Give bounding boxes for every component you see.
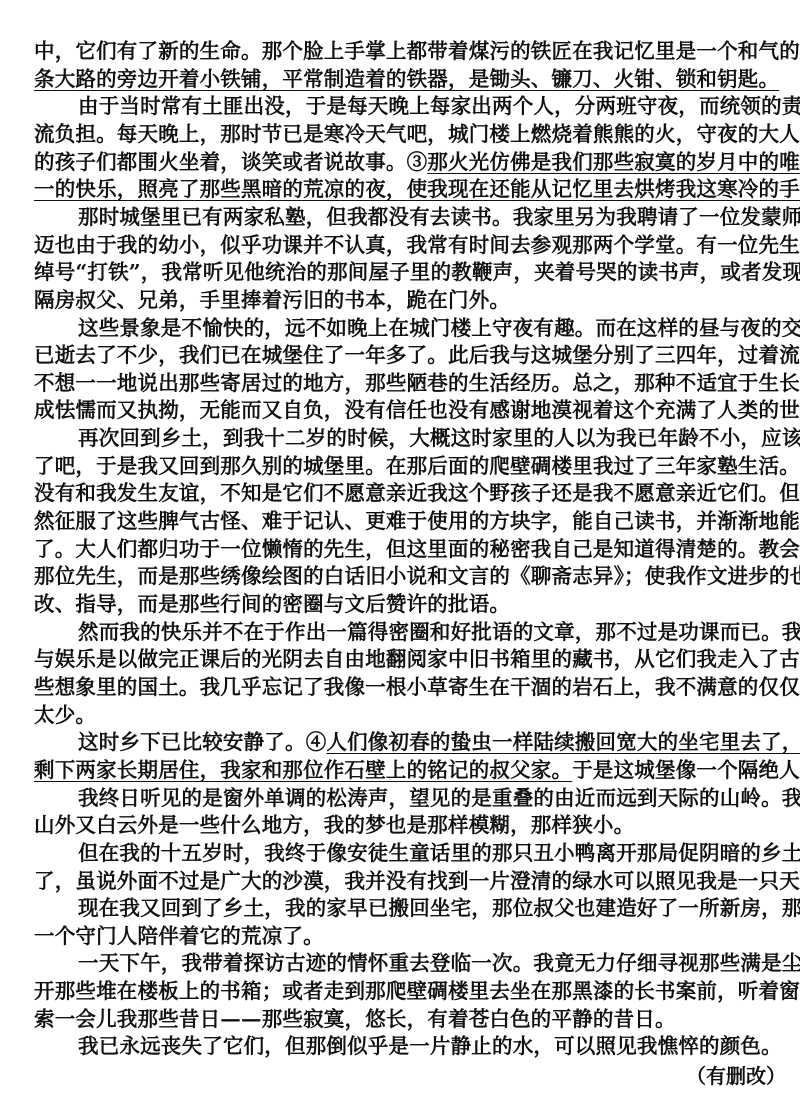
text-segment: 迈也由于我的幼小，似乎功课并不认真，我常有时间去参观那两个学堂。有一位先生是很厉… [34,233,800,257]
text-segment: 成怯懦而又执拗，无能而又自负，没有信任也没有感谢地漠视着这个充满了人类的世界了。 [34,398,800,422]
text-line: 但在我的十五岁时，我终于像安徒生童话里的那只丑小鸭离开那局促阴暗的乡土飞到外面来 [78,840,786,867]
text-line: 了。大人们都归功于一位懒惰的先生，但这里面的秘密我自己是知道得清楚的。教会我读书… [34,536,786,563]
text-segment: 不想一一地说出那些寄居过的地方，那些陋巷的生活经历。总之，那种不适宜于生长的环境… [34,371,800,395]
text-segment: 隔房叔父、兄弟，手里捧着污旧的书本，跪在门外。 [34,288,510,312]
text-line: 没有和我发生友谊，不知是它们不愿意亲近我这个野孩子还是我不愿意亲近它们。但第二年… [34,480,786,507]
text-line: 我终日听见的是窗外单调的松涛声，望见的是重叠的由近而远到天际的山岭。我无从想象那 [78,785,786,812]
document-page: 中，它们有了新的生命。那个脸上手掌上都带着煤污的铁匠在我记忆里是一个和气的人。②… [0,0,800,1120]
text-line: 迈也由于我的幼小，似乎功课并不认真，我常有时间去参观那两个学堂。有一位先生是很厉… [34,232,786,259]
text-line: 由于当时常有土匪出没，于是每天晚上每家出两个人，分两班守夜，而统领的责任则由六家… [78,93,786,120]
underlined-sentence: 那火光仿佛是我们那些寂寞的岁月中的唯一的温暖，唯 [427,150,800,174]
text-segment: 于是这城堡像一个隔绝人世的荒岛。 [572,758,800,782]
source-note: （有删改） [686,1063,786,1090]
text-segment: 已逝去了不少，我们已在城堡住了一年多了。此后我与这城堡分别了三四年，过着流亡的日… [34,343,800,367]
text-segment: 我已永远丧失了它们，但那倒似乎是一片静止的水，可以照见我憔悴的颜色。 [78,1034,782,1058]
text-segment: 然征服了这些脾气古怪、难于记认、更难于使用的方块字，能自己读书，并渐渐地能作不短… [34,509,800,533]
text-segment: 现在我又回到了乡土，我的家早已搬回坐宅，那位叔父也建造好了一所新房，那城堡里只留… [78,896,800,920]
text-line: 我已永远丧失了它们，但那倒似乎是一片静止的水，可以照见我憔悴的颜色。 [78,1033,786,1060]
text-line: 流负担。每天晚上，那时节已是寒冷天气吧，城门楼上燃烧着熊熊的火，守夜的大人们和喜… [34,121,786,148]
text-line: 已逝去了不少，我们已在城堡住了一年多了。此后我与这城堡分别了三四年，过着流亡的日… [34,342,786,369]
text-segment: 然而我的快乐并不在于作出一篇得密圈和好批语的文章，那不过是功课而已。我最大的享受 [78,620,800,644]
text-segment: 山外又白云外是一些什么地方，我的梦也是那样模糊，那样狭小。 [34,813,634,837]
text-segment: 中，它们有了新的生命。那个脸上手掌上都带着煤污的铁匠在我记忆里是一个和气的人。② [34,39,800,63]
text-line: 了吧，于是我又回到那久别的城堡里。在那后面的爬壁碉楼里我过了三年家塾生活。第一年… [34,453,786,480]
text-segment: 但在我的十五岁时，我终于像安徒生童话里的那只丑小鸭离开那局促阴暗的乡土飞到外面来 [78,841,800,865]
text-segment: 改、指导，而是那些行间的密圈与文后赞许的批语。 [34,592,510,616]
text-line: 绰号“打铁”，我常听见他统治的那间屋子里的教鞭声，夹着号哭的读书声，或者发现我那… [34,259,786,286]
text-segment: 索一会儿我那些昔日——那些寂寞，悠长，有着苍白色的平静的昔日。 [34,1007,676,1031]
underlined-sentence: 一的快乐，照亮了那些黑暗的荒凉的夜，使我现在还能从记忆里去烘烤我这寒冷的手。 [34,177,800,201]
text-line: 条大路的旁边开着小铁铺，平常制造着的铁器，是锄头、镰刀、火钳、锁和钥匙。 [34,66,786,93]
text-line: 然而我的快乐并不在于作出一篇得密圈和好批语的文章，那不过是功课而已。我最大的享受 [78,619,786,646]
text-segment: 我终日听见的是窗外单调的松涛声，望见的是重叠的由近而远到天际的山岭。我无从想象那 [78,786,800,810]
text-segment: 一个守门人陪伴着它的荒凉了。 [34,924,324,948]
text-line: 隔房叔父、兄弟，手里捧着污旧的书本，跪在门外。 [34,287,786,314]
text-line: 改、指导，而是那些行间的密圈与文后赞许的批语。 [34,591,786,618]
text-segment: 流负担。每天晚上，那时节已是寒冷天气吧，城门楼上燃烧着熊熊的火，守夜的大人们和喜… [34,122,800,146]
text-segment: 了吧，于是我又回到那久别的城堡里。在那后面的爬壁碉楼里我过了三年家塾生活。第一年… [34,454,800,478]
text-line: 这时乡下已比较安静了。④人们像初春的蛰虫一样陆续搬回宽大的坐宅里去了，这城堡里只 [78,729,786,756]
text-line: 些想象里的国土。我几乎忘记了我像一根小草寄生在干涸的岩石上，我不满意的仅仅是家里… [34,674,786,701]
text-line: 那时城堡里已有两家私塾，但我都没有去读书。我家里另为我聘请了一位发蒙师。由于他的… [78,204,786,231]
text-line: 山外又白云外是一些什么地方，我的梦也是那样模糊，那样狭小。 [34,812,786,839]
text-line: 那位先生，而是那些绣像绘图的白话旧小说和文言的《聊斋志异》；使我作文进步的也不是… [34,563,786,590]
text-line: 索一会儿我那些昔日——那些寂寞，悠长，有着苍白色的平静的昔日。 [34,1006,786,1033]
text-segment: 了，虽说外面不过是广大的沙漠，我并没有找到一片澄清的绿水可以照见我是一只天鹅。 [34,869,800,893]
underlined-sentence: 剩下两家长期居住，我家和那位作石壁上的铭记的叔父家。 [34,758,572,782]
text-line: 再次回到乡土，到我十二岁的时候，大概这时家里的人以为我已年龄不小，应该好好开始读… [78,425,786,452]
text-segment: 一天下午，我带着探访古迹的情怀重去登临一次。我竟无力仔细寻视那些满是尘土的屋子，… [78,951,800,975]
text-segment: 太少。 [34,703,96,727]
text-line: 现在我又回到了乡土，我的家早已搬回坐宅，那位叔父也建造好了一所新房，那城堡里只留… [78,895,786,922]
text-segment: 与娱乐是以做完正课后的光阴去自由地翻阅家中旧书箱里的藏书，从它们我走入了古代，走… [34,647,800,671]
text-segment: 这时乡下已比较安静了。④ [78,730,326,754]
text-line: 了，虽说外面不过是广大的沙漠，我并没有找到一片澄清的绿水可以照见我是一只天鹅。 [34,868,786,895]
text-line: 开那些堆在楼板上的书箱；或者走到那爬壁碉楼里去坐在那黑漆的长书案前，听着窗外的松… [34,978,786,1005]
text-segment: 了。大人们都归功于一位懒惰的先生，但这里面的秘密我自己是知道得清楚的。教会我读书… [34,537,800,561]
text-segment: 没有和我发生友谊，不知是它们不愿意亲近我这个野孩子还是我不愿意亲近它们。但第二年… [34,481,800,505]
underlined-sentence: 人们像初春的蛰虫一样陆续搬回宽大的坐宅里去了，这城堡里只 [326,730,800,754]
text-line: 成怯懦而又执拗，无能而又自负，没有信任也没有感谢地漠视着这个充满了人类的世界了。 [34,397,786,424]
text-line: 这些景象是不愉快的，远不如晚上在城门楼上守夜有趣。而在这样的昼与夜的交替之中，时… [78,315,786,342]
text-line: 不想一一地说出那些寄居过的地方，那些陋巷的生活经历。总之，那种不适宜于生长的环境… [34,370,786,397]
text-segment: 些想象里的国土。我几乎忘记了我像一根小草寄生在干涸的岩石上，我不满意的仅仅是家里… [34,675,800,699]
text-segment: 再次回到乡土，到我十二岁的时候，大概这时家里的人以为我已年龄不小，应该好好开始读… [78,426,800,450]
text-segment: 开那些堆在楼板上的书箱；或者走到那爬壁碉楼里去坐在那黑漆的长书案前，听着窗外的松… [34,979,800,1003]
text-segment: 这些景象是不愉快的，远不如晚上在城门楼上守夜有趣。而在这样的昼与夜的交替之中，时… [78,316,800,340]
text-line: 然征服了这些脾气古怪、难于记认、更难于使用的方块字，能自己读书，并渐渐地能作不短… [34,508,786,535]
text-line: 一天下午，我带着探访古迹的情怀重去登临一次。我竟无力仔细寻视那些满是尘土的屋子，… [78,950,786,977]
text-segment: 那时城堡里已有两家私塾，但我都没有去读书。我家里另为我聘请了一位发蒙师。由于他的… [78,205,800,229]
text-segment: 的孩子们都围火坐着，谈笑或者说故事。③ [34,150,427,174]
text-segment: 绰号“打铁”，我常听见他统治的那间屋子里的教鞭声，夹着号哭的读书声，或者发现我那… [34,260,800,284]
text-line: 与娱乐是以做完正课后的光阴去自由地翻阅家中旧书箱里的藏书，从它们我走入了古代，走… [34,646,786,673]
text-line: 太少。 [34,702,786,729]
text-line: 中，它们有了新的生命。那个脸上手掌上都带着煤污的铁匠在我记忆里是一个和气的人。②… [34,38,786,65]
text-line: 的孩子们都围火坐着，谈笑或者说故事。③那火光仿佛是我们那些寂寞的岁月中的唯一的温… [34,149,786,176]
text-line: 一个守门人陪伴着它的荒凉了。 [34,923,786,950]
text-line: 一的快乐，照亮了那些黑暗的荒凉的夜，使我现在还能从记忆里去烘烤我这寒冷的手。 [34,176,786,203]
text-segment: 那位先生，而是那些绣像绘图的白话旧小说和文言的《聊斋志异》；使我作文进步的也不是… [34,564,800,588]
underlined-sentence: 条大路的旁边开着小铁铺，平常制造着的铁器，是锄头、镰刀、火钳、锁和钥匙。 [34,67,779,91]
text-line: 剩下两家长期居住，我家和那位作石壁上的铭记的叔父家。于是这城堡像一个隔绝人世的荒… [34,757,786,784]
text-segment: 由于当时常有土匪出没，于是每天晚上每家出两个人，分两班守夜，而统领的责任则由六家… [78,94,800,118]
